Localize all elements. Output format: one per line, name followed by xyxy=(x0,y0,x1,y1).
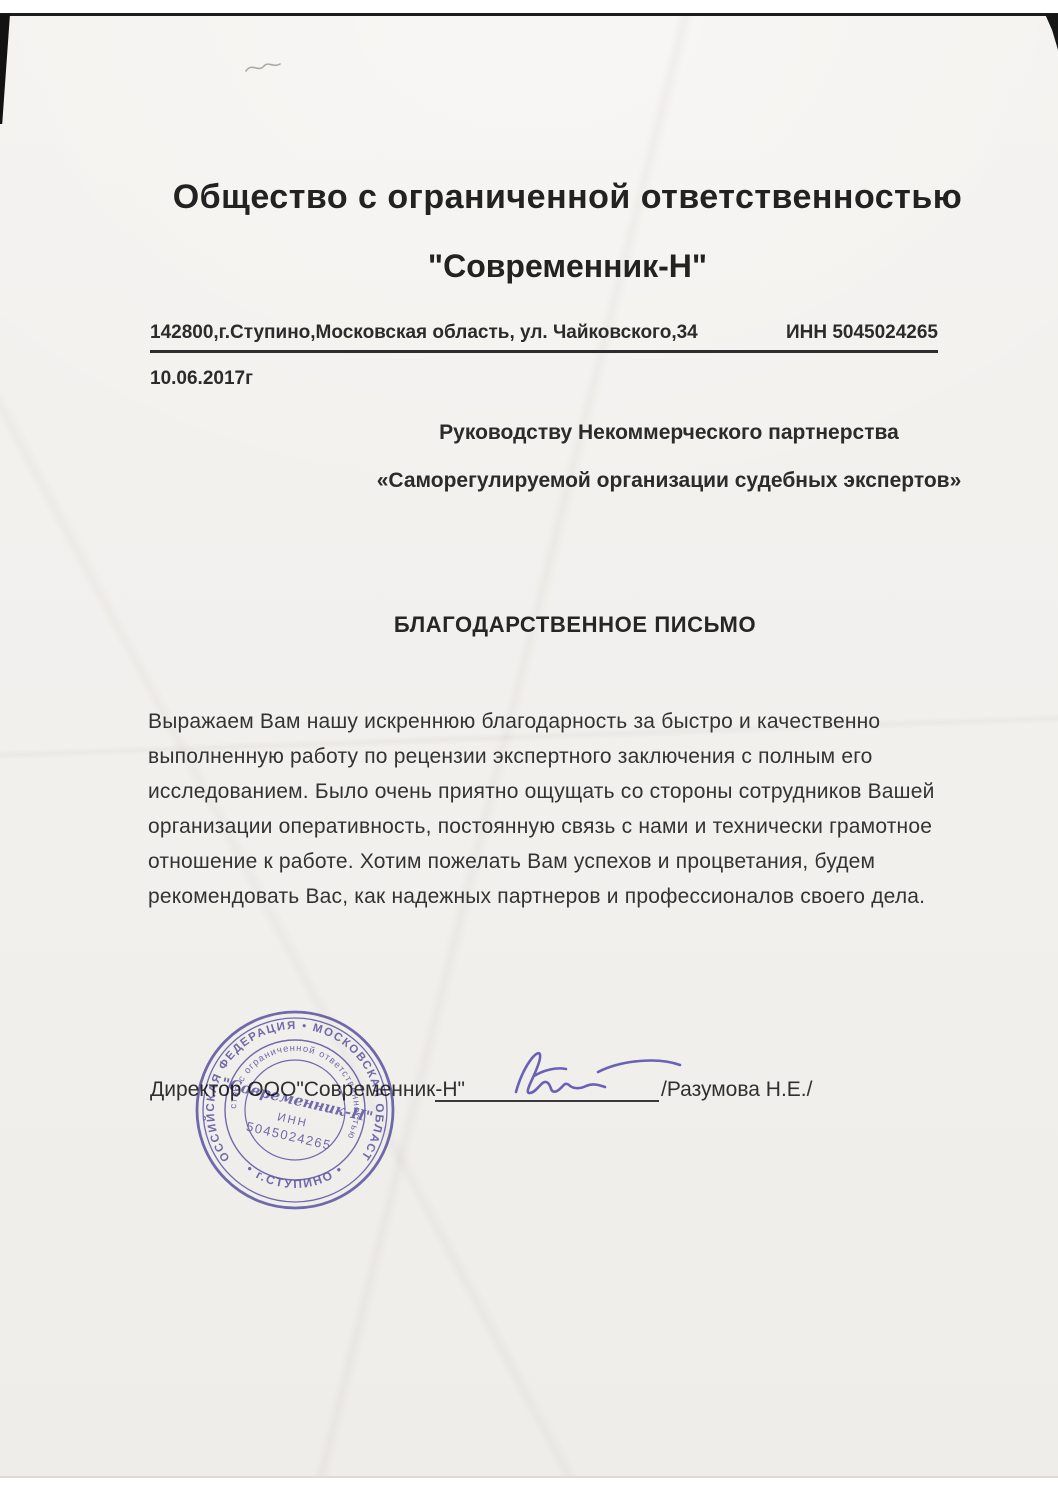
body-line: Выражаем Вам нашу искреннюю благодарност… xyxy=(148,704,1008,739)
address-inn-row: 142800,г.Ступино,Московская область, ул.… xyxy=(150,322,938,353)
body-line: рекомендовать Вас, как надежных партнеро… xyxy=(148,879,1008,914)
org-inn: ИНН 5045024265 xyxy=(786,322,938,344)
body-line: выполненную работу по рецензии экспертно… xyxy=(148,739,1008,774)
body-line: исследованием. Было очень приятно ощущат… xyxy=(148,774,1008,809)
letter-title: БЛАГОДАРСТВЕННОЕ ПИСЬМО xyxy=(100,612,1050,638)
letter-date: 10.06.2017г xyxy=(150,368,253,390)
org-name-line1: Общество с ограниченной ответственностью xyxy=(80,178,1055,217)
handwritten-signature xyxy=(500,1036,690,1106)
pencil-smudge xyxy=(243,58,283,78)
addressee-block: Руководству Некоммерческого партнерства … xyxy=(360,421,978,493)
org-address: 142800,г.Ступино,Московская область, ул.… xyxy=(150,322,698,344)
org-name-line2: "Современник-Н" xyxy=(80,248,1055,285)
stamp-outer-ring-text-bottom: • г.СТУПИНО • xyxy=(244,1162,346,1192)
body-line: организации оперативность, постоянную св… xyxy=(148,809,1008,844)
addressee-line1: Руководству Некоммерческого партнерства xyxy=(360,421,978,445)
scan-margin-bottom xyxy=(0,1478,1058,1497)
body-line: отношение к работе. Хотим пожелать Вам у… xyxy=(148,844,1008,879)
letter-body: Выражаем Вам нашу искреннюю благодарност… xyxy=(148,704,1008,914)
scanned-letter-page: Общество с ограниченной ответственностью… xyxy=(0,0,1058,1497)
scan-edge-top xyxy=(0,13,1058,16)
company-round-stamp: РОССИЙСКАЯ ФЕДЕРАЦИЯ • МОСКОВСКАЯ ОБЛАСТ… xyxy=(193,1008,397,1212)
addressee-line2: «Саморегулируемой организации судебных э… xyxy=(360,469,978,493)
svg-text:• г.СТУПИНО •: • г.СТУПИНО • xyxy=(244,1162,346,1192)
